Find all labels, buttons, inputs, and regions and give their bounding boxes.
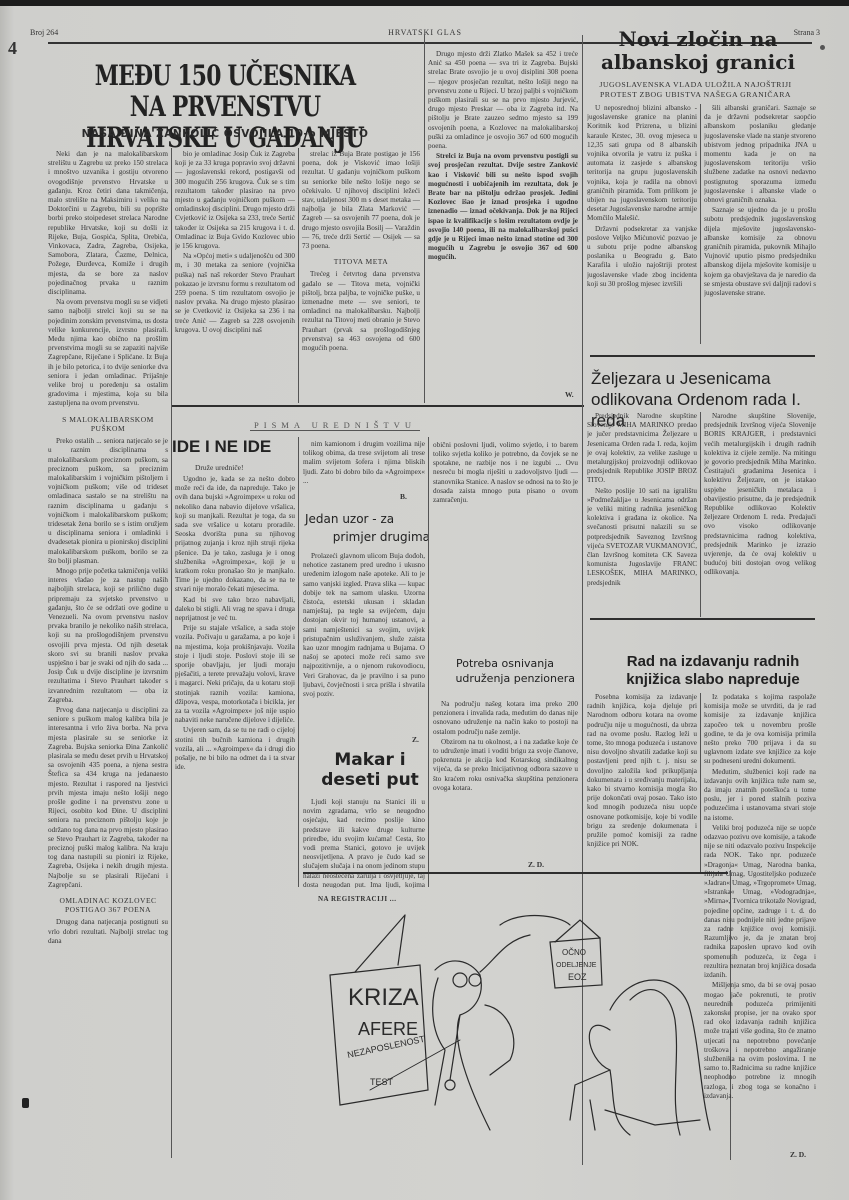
main-article-column-2: bio je omladinac Josip Čuk iz Zagreba ko… [175, 150, 295, 402]
margin-page-mark: 4 [8, 38, 17, 59]
column-rule [428, 437, 429, 887]
paragraph: Ljudi koji stanuju na Stanici ili u novi… [303, 798, 425, 888]
paragraph: Kad bi sve tako brzo nabavljali, daleko … [175, 596, 295, 624]
section-subhead: OMLADINAC KOZLOVEC POSTIGAO 367 POENA [48, 896, 168, 914]
column-rule [424, 35, 425, 403]
ide-column-2: nim kamionom i drugim vozilima nije toli… [303, 440, 425, 500]
uzor-headline: Jedan uzor - za primjer drugima [305, 510, 430, 546]
paragraph: Državni podsekretar za vanjske poslove V… [587, 225, 697, 289]
paragraph: Saznaje se ujedno da je u prošlu subotu … [704, 206, 816, 298]
makar-body-col-2: Ljudi koji stanuju na Stanici ili u novi… [433, 440, 578, 640]
paragraph: Drugog dana natjecanja postignuti su vrl… [48, 918, 168, 946]
letter-signature: Z. [412, 735, 419, 744]
ide-headline: IDE I NE IDE [172, 437, 271, 457]
paragraph: Prvog dana natjecanja u disciplini za se… [48, 706, 168, 890]
paragraph: strelac iz Buja Brate postigao je 156 po… [302, 150, 420, 251]
ide-salutation: Druže uredniče! [195, 463, 244, 472]
paragraph: U neposrednoj blizini albansko - jugosla… [587, 104, 697, 224]
column-rule [171, 148, 172, 1158]
paragraph: Trećeg i četvrtog dana prvenstva gađalo … [302, 270, 420, 353]
paragraph: šili albanski graničari. Saznaje se da j… [704, 104, 816, 205]
paragraph: Posebna komisija za izdavanje radnih knj… [587, 693, 697, 849]
rad-column-2: Iz podataka s kojima raspolaže komisija … [704, 693, 816, 1163]
main-subheadline: NAŠA ĐINA ZANKOLIĆ OSVOJILA 10-o MJESTO [40, 128, 410, 140]
makar-headline: Makar i deseti put [305, 750, 435, 790]
letter-signature: Z. D. [528, 860, 544, 869]
jesenice-column-2: Narodne skupštine Slovenije, predsjednik… [704, 412, 816, 617]
ide-column-1: Ugodno je, kada se za nešto dobro može r… [175, 475, 295, 1165]
headline-line: primjer drugima [305, 528, 430, 546]
headline-line: Jedan uzor - za [305, 512, 394, 526]
column-rule [700, 693, 701, 873]
letter-signature: B. [400, 492, 407, 501]
section-rule [590, 355, 815, 357]
sign-line: ODELJENJE [556, 962, 597, 969]
column-rule [298, 437, 299, 887]
article-signature: W. [565, 390, 574, 399]
headline-line: udruženja penzionera [435, 671, 575, 686]
main-article-column-3: strelac iz Buja Brate postigao je 156 po… [302, 150, 420, 402]
paragraph: Narodne skupštine Slovenije, predsjednik… [704, 412, 816, 578]
uzor-body: Prolazeći glavnom ulicom Buja dođoh, neh… [303, 552, 425, 732]
scan-speck [22, 1098, 29, 1108]
paragraph: Drugo mjesto drži Zlatko Mašek sa 452 i … [428, 50, 578, 151]
paragraph: Na »Općoj meti« s udaljenošću od 300 m, … [175, 252, 295, 335]
jesenice-column-1: Predsjednik Narodne skupštine Slovenije … [587, 412, 697, 617]
column-rule [700, 412, 701, 617]
albania-subheadline: JUGOSLAVENSKA VLADA ULOŽILA NAJOŠTRIJI P… [583, 80, 808, 100]
scan-edge [0, 0, 849, 6]
paragraph: bio je omladinac Josip Čuk iz Zagreba ko… [175, 150, 295, 251]
column-rule [298, 148, 299, 403]
chart-line: TEST [370, 1077, 394, 1087]
main-article-column-1: Neki dan je na malokalibarskom strelištu… [48, 150, 168, 1150]
paragraph: Međutim, službenici koji rade na izdavan… [704, 768, 816, 823]
section-subhead: S MALOKALIBARSKOM PUŠKOM [48, 415, 168, 433]
paragraph: Iz podataka s kojima raspolaže komisija … [704, 693, 816, 767]
albania-column-1: U neposrednoj blizini albansko - jugosla… [587, 104, 697, 344]
paragraph: Mnogo prije početka takmičenja veliki in… [48, 567, 168, 705]
paragraph: Prije su stajale vršalice, a sada stoje … [175, 624, 295, 725]
scan-speck [820, 45, 825, 50]
paragraph: Na ovom prvenstvu mogli su se vidjeti sa… [48, 298, 168, 408]
section-rule [303, 872, 728, 874]
article-signature: Z. D. [790, 1150, 806, 1159]
paragraph: Veliki broj poduzeća nije se uopće odazv… [704, 824, 816, 980]
paragraph: Obzirom na tu okolnost, a i na zadatke k… [433, 738, 578, 793]
paragraph: Preko ostalih ... seniora natjecalo se j… [48, 437, 168, 566]
newspaper-page: 4 Broj 264 HRVATSKI GLAS Strana 3 MEĐU 1… [0, 0, 849, 1200]
albania-headline: Novi zločin na albanskoj granici [583, 28, 813, 74]
cartoon-illustration: KRIZA AFERE NEZAPOSLENOST TEST OČNO ODEL… [310, 900, 720, 1140]
headline-line: Potreba osnivanja [435, 656, 575, 671]
section-rule [172, 405, 584, 407]
paragraph: Prolazeći glavnom ulicom Buja dođoh, neh… [303, 552, 425, 699]
paragraph: Nešto poslije 10 sati na igralištu »Podm… [587, 487, 697, 588]
paragraph: Ljudi koji stanuju na Stanici ili u novi… [433, 440, 578, 505]
chart-line: KRIZA [348, 984, 419, 1011]
column-rule [700, 104, 701, 344]
sign-line: EOZ [568, 972, 587, 982]
rad-column-1: Posebna komisija za izdavanje radnih knj… [587, 693, 697, 873]
makar-body-col-1: Ljudi koji stanuju na Stanici ili u novi… [303, 798, 425, 888]
paragraph: Ugodno je, kada se za nešto dobro može r… [175, 475, 295, 595]
penzioneri-body: Na području našeg kotara ima preko 200 p… [433, 700, 578, 870]
main-article-column-4: Drugo mjesto drži Zlatko Mašek sa 452 i … [428, 50, 578, 398]
section-rule [590, 618, 815, 620]
penzioneri-headline: Potreba osnivanja udruženja penzionera [435, 656, 575, 686]
letters-section-title: PISMA UREDNIŠTVU [250, 420, 420, 431]
paragraph: Neki dan je na malokalibarskom strelištu… [48, 150, 168, 297]
paragraph: Predsjednik Narodne skupštine Slovenije … [587, 412, 697, 486]
section-subhead: TITOVA META [302, 257, 420, 266]
paragraph: nim kamionom i drugim vozilima nije toli… [303, 440, 425, 486]
rad-headline: Rad na izdavanju radnih knjižica slabo n… [598, 653, 828, 689]
paragraph: Uvjeren sam, da se tu ne radi o cijeloj … [175, 726, 295, 772]
paragraph: Mišljenja smo, da bi se ovaj posao mogao… [704, 981, 816, 1101]
sign-line: OČNO [562, 948, 586, 957]
paragraph: Na području našeg kotara ima preko 200 p… [433, 700, 578, 737]
paragraph-bold: Strelci iz Buja na ovom prvenstvu postig… [428, 152, 578, 262]
albania-column-2: šili albanski graničari. Saznaje se da j… [704, 104, 816, 344]
